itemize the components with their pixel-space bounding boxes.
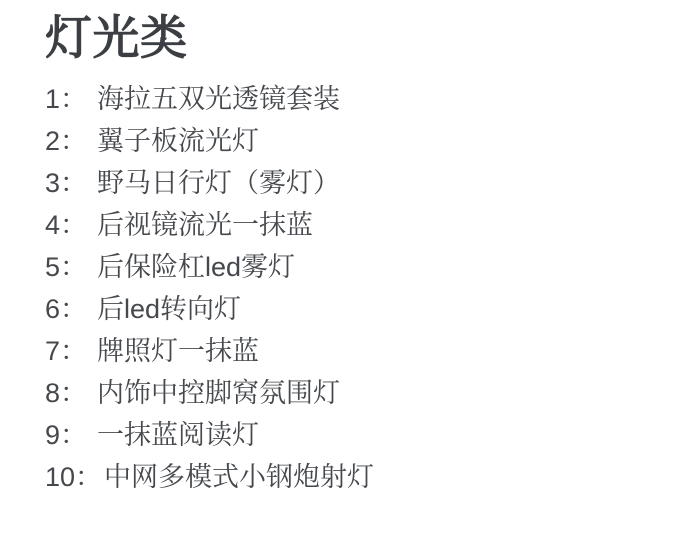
list-item: 1： 海拉五双光透镜套装 [45, 75, 680, 117]
item-number: 7： [45, 329, 95, 368]
item-number: 10： [45, 455, 102, 494]
item-text: 后保险杠led雾灯 [97, 245, 295, 284]
item-text: 翼子板流光灯 [97, 119, 259, 158]
item-text: 内饰中控脚窝氛围灯 [97, 371, 340, 410]
item-number: 6： [45, 287, 95, 326]
lighting-item-list: 1： 海拉五双光透镜套装 2： 翼子板流光灯 3： 野马日行灯（雾灯） 4： 后… [45, 75, 680, 495]
item-number: 9： [45, 413, 95, 452]
item-number: 2： [45, 119, 95, 158]
item-text: 野马日行灯（雾灯） [97, 161, 340, 200]
list-item: 9： 一抹蓝阅读灯 [45, 411, 680, 453]
list-item: 5： 后保险杠led雾灯 [45, 243, 680, 285]
list-item: 7： 牌照灯一抹蓝 [45, 327, 680, 369]
item-text: 中网多模式小钢炮射灯 [104, 455, 374, 494]
item-text: 一抹蓝阅读灯 [97, 413, 259, 452]
list-item: 6： 后led转向灯 [45, 285, 680, 327]
item-number: 1： [45, 77, 95, 116]
list-item: 2： 翼子板流光灯 [45, 117, 680, 159]
list-item: 10： 中网多模式小钢炮射灯 [45, 453, 680, 495]
item-number: 4： [45, 203, 95, 242]
item-text: 海拉五双光透镜套装 [97, 77, 340, 116]
list-item: 4： 后视镜流光一抹蓝 [45, 201, 680, 243]
document-page: 灯光类 1： 海拉五双光透镜套装 2： 翼子板流光灯 3： 野马日行灯（雾灯） … [0, 0, 700, 495]
page-title: 灯光类 [45, 12, 680, 64]
list-item: 8： 内饰中控脚窝氛围灯 [45, 369, 680, 411]
item-text: 后视镜流光一抹蓝 [97, 203, 313, 242]
item-number: 8： [45, 371, 95, 410]
item-number: 3： [45, 161, 95, 200]
item-text: 后led转向灯 [97, 287, 241, 326]
list-item: 3： 野马日行灯（雾灯） [45, 159, 680, 201]
item-number: 5： [45, 245, 95, 284]
item-text: 牌照灯一抹蓝 [97, 329, 259, 368]
